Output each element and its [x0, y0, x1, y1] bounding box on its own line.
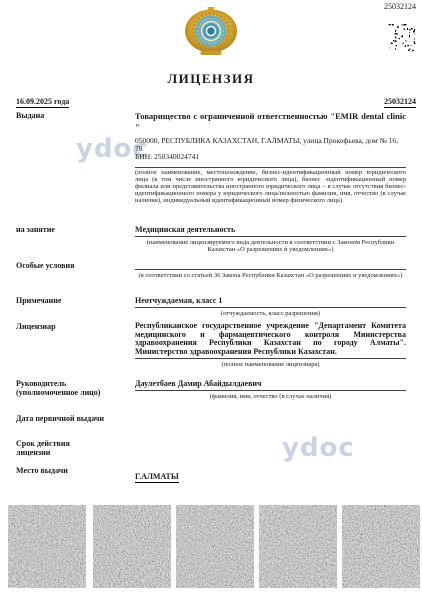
datamatrix-noise-block-icon [93, 505, 171, 588]
datamatrix-noise-block-icon [259, 505, 337, 588]
place-value: Г.АЛМАТЫ [135, 472, 179, 483]
datamatrix-noise-block-icon [342, 505, 420, 588]
field-label: Срок действия лицензии [16, 439, 128, 457]
field-label: Примечание [16, 296, 128, 305]
field-note: (в соответствии со статьей 36 Закона Рес… [135, 272, 406, 279]
field-label-line1: Руководитель [16, 379, 128, 388]
field-label: Место выдачи [16, 466, 128, 475]
license-document-page: ydoc ydoc 25032124 [0, 0, 422, 600]
field-label: на занятие [16, 225, 128, 234]
remark-value: Неотчуждаемая, класс 1 [135, 296, 406, 308]
field-label: Дата первичной выдачи [16, 414, 156, 423]
field-note: (полное наименование лицензиара) [135, 361, 406, 368]
field-note: (отчуждаемость, класс разрешения) [135, 310, 406, 317]
field-note: (полное наименование, местонахождение, б… [135, 167, 406, 204]
document-number-top: 25032124 [384, 2, 416, 11]
issue-date: 16.09.2025 года [16, 97, 69, 108]
field-label-line1: Срок действия [16, 439, 128, 448]
licensee-bin: БИН: 250340024741 [135, 153, 406, 161]
field-note: (фамилия, имя, отчество (в случае наличи… [135, 393, 406, 400]
licensee-name: Товарищество с ограниченной ответственно… [135, 111, 406, 133]
licensee-address: 050000, РЕСПУБЛИКА КАЗАХСТАН, Г.АЛМАТЫ, … [135, 137, 406, 152]
datamatrix-noise-block-icon [8, 505, 86, 588]
licensor-value: Республиканское государственное учрежден… [135, 322, 406, 359]
special-conditions-value [135, 261, 406, 270]
field-label: Лицензиар [16, 322, 128, 331]
kazakhstan-coat-of-arms-icon [183, 6, 240, 57]
datamatrix-noise-block-icon [176, 505, 254, 588]
head-value: Даулетбаев Дамир Абайдылдаевич [135, 379, 406, 391]
field-note: (наименование лицензируемого вида деятел… [135, 239, 406, 253]
license-number: 25032124 [384, 97, 416, 108]
document-title: ЛИЦЕНЗИЯ [0, 71, 422, 87]
barcode-strip [0, 505, 422, 588]
qr-code-icon [388, 24, 416, 52]
field-label: Выдана [16, 111, 128, 120]
activity-value: Медицинская деятельность [135, 225, 406, 237]
field-label-line2: (уполномоченное лицо) [16, 388, 128, 397]
field-label: Руководитель (уполномоченное лицо) [16, 379, 128, 397]
field-label: Особые условия [16, 261, 128, 270]
field-label-line2: лицензии [16, 448, 128, 457]
